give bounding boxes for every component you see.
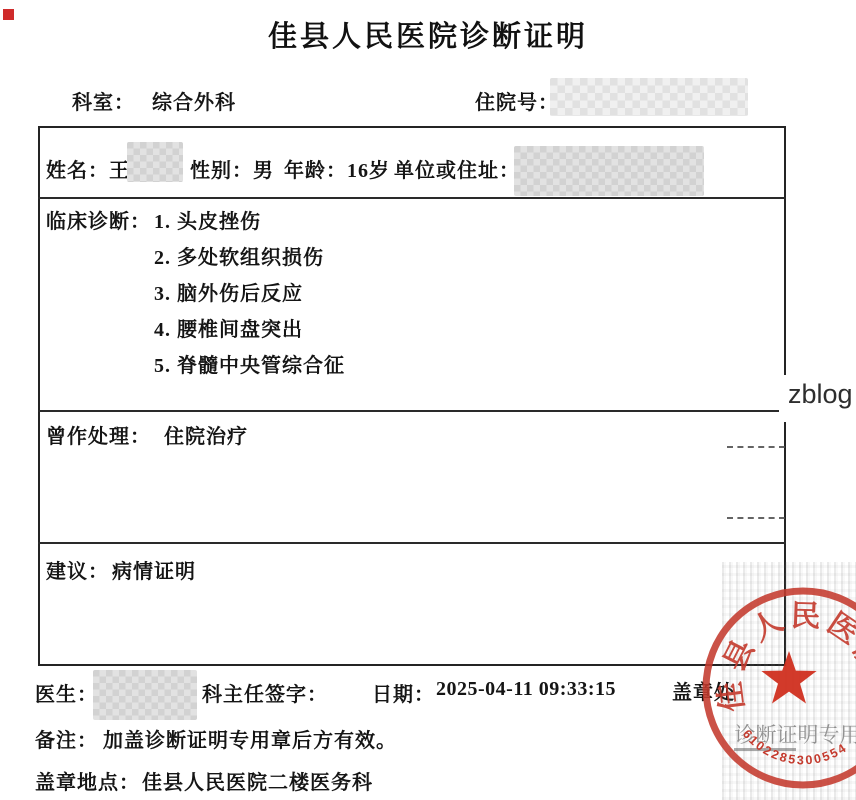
date-label: 日期： — [372, 678, 435, 707]
chief-signature-label: 科主任签字： — [202, 678, 328, 707]
seal-place-label: 盖章地点： — [35, 766, 140, 795]
row-divider-3 — [38, 542, 786, 544]
seal-arc-char: 医 — [821, 607, 856, 651]
red-marker-icon — [3, 9, 14, 20]
note-label: 备注： — [35, 724, 98, 753]
date-value: 2025-04-11 09:33:15 — [436, 678, 616, 701]
row-divider-2 — [38, 410, 786, 412]
watermark-text: zblog — [788, 379, 853, 410]
doctor-label: 医生： — [35, 678, 98, 707]
seal-arc-char: 佳 — [714, 680, 750, 714]
note-value: 加盖诊断证明专用章后方有效。 — [103, 724, 397, 753]
seal-arc-char: 民 — [790, 600, 821, 634]
hospital-seal-stamp: 佳 县 人 民 医 院 诊断证明专用章 6102285300554 — [650, 556, 856, 800]
handwriting-dash — [727, 517, 785, 519]
name-redacted — [127, 142, 183, 182]
admission-number-label: 住院号： — [475, 86, 559, 115]
row-divider-1 — [38, 197, 786, 199]
department-value: 综合外科 — [152, 86, 236, 115]
department-label: 科室： — [72, 86, 135, 115]
admission-number-redacted — [550, 78, 748, 116]
seal-place-value: 佳县人民医院二楼医务科 — [142, 766, 373, 795]
page-title: 佳县人民医院诊断证明 — [0, 14, 856, 55]
address-redacted — [514, 146, 704, 196]
handwriting-dash — [727, 446, 785, 448]
seal-arc-char: 县 — [718, 635, 761, 677]
seal-star-icon — [761, 651, 816, 704]
doctor-name-redacted — [93, 670, 197, 720]
seal-arc-char: 人 — [746, 604, 788, 648]
diagnosis-certificate-page: 佳县人民医院诊断证明 科室： 综合外科 住院号： 姓名：王 性别：男 年龄：16… — [0, 0, 856, 800]
